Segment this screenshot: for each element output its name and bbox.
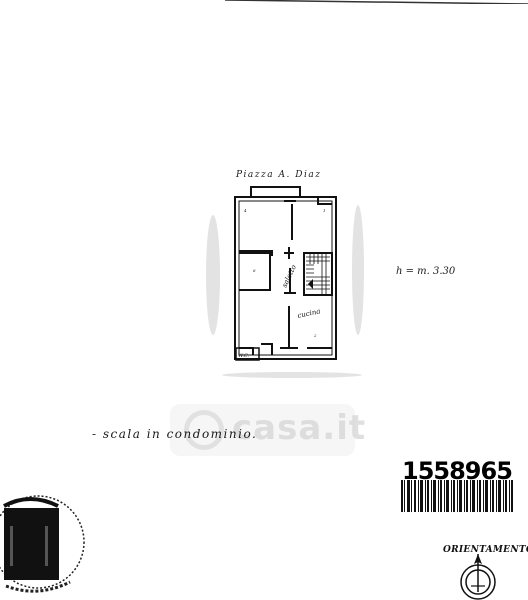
- floor-plan-drawing: salotto cucina W.C. 4 1 6 2: [200, 160, 380, 390]
- svg-text:2: 2: [313, 333, 317, 338]
- svg-text:salotto: salotto: [281, 264, 298, 289]
- barcode-icon: [400, 480, 514, 512]
- scan-edge-line: [225, 0, 528, 4]
- compass-icon: [458, 552, 498, 600]
- svg-text:6: 6: [253, 268, 256, 273]
- svg-text:cucina: cucina: [297, 307, 321, 320]
- stair-note: - scala in condominio.: [92, 427, 257, 441]
- ceiling-height-label: h = m. 3.30: [396, 266, 455, 277]
- official-stamp-icon: [0, 486, 90, 600]
- svg-text:4: 4: [243, 208, 247, 213]
- svg-text:W.C.: W.C.: [238, 353, 250, 359]
- svg-text:1: 1: [323, 208, 326, 213]
